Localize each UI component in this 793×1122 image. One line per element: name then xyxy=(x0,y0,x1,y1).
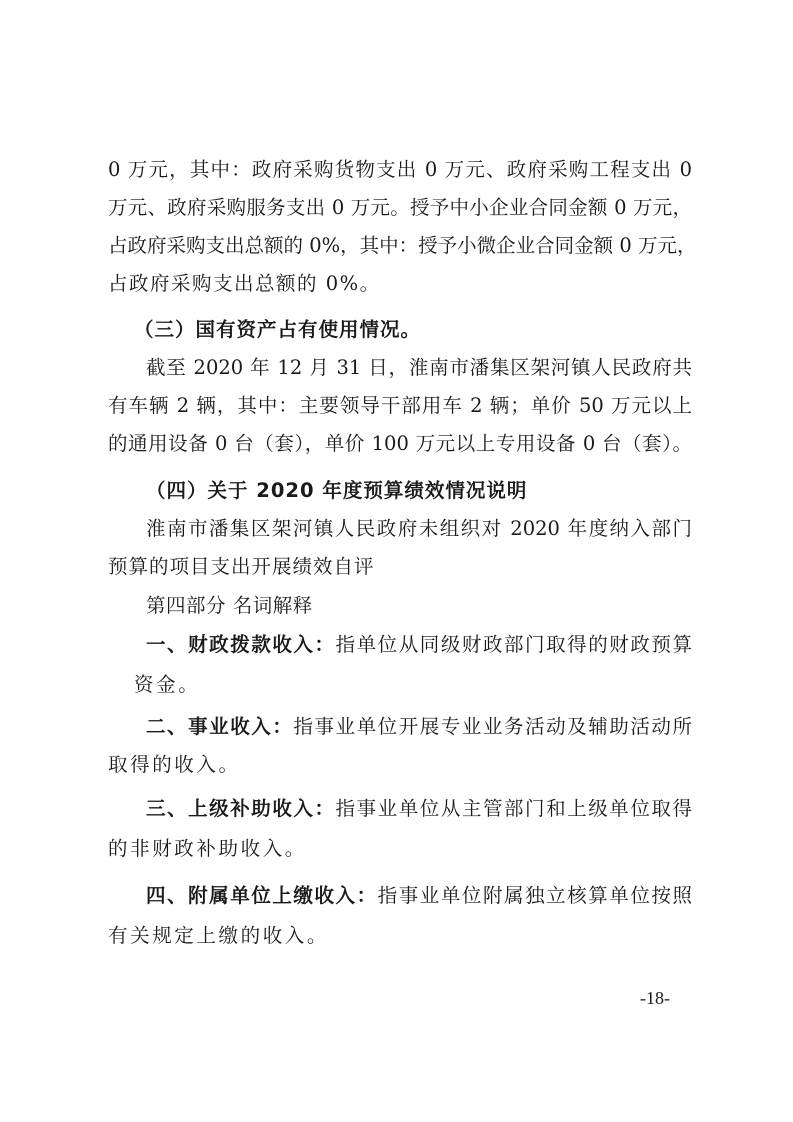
term-definition-line: 的非财政补助收入。 xyxy=(108,837,692,861)
paragraph-line: 淮南市潘集区架河镇人民政府未组织对 2020 年度纳入部门 xyxy=(146,517,692,541)
term-definition-line: 三、上级补助收入：指事业单位从主管部门和上级单位取得 xyxy=(146,797,692,821)
paragraph-line: 0 万元，其中：政府采购货物支出 0 万元、政府采购工程支出 0 xyxy=(108,158,692,182)
term-label: 三、上级补助收入： xyxy=(146,797,336,820)
term-definition-line: 取得的收入。 xyxy=(108,753,692,777)
term-definition-line: 二、事业收入：指事业单位开展专业业务活动及辅助活动所 xyxy=(146,715,692,739)
term-text: 指事业单位开展专业业务活动及辅助活动所 xyxy=(293,715,692,738)
term-label: 二、事业收入： xyxy=(146,715,293,738)
term-label: 一、财政拨款收入： xyxy=(146,633,336,656)
part-heading: 第四部分 名词解释 xyxy=(146,594,692,618)
term-definition-line: 资金。 xyxy=(134,673,718,697)
paragraph-line: 预算的项目支出开展绩效自评 xyxy=(108,555,692,579)
section-heading-performance: （四）关于 2020 年度预算绩效情况说明 xyxy=(146,479,730,503)
term-definition-line: 四、附属单位上缴收入：指事业单位附属独立核算单位按照 xyxy=(146,884,692,908)
term-text: 指事业单位从主管部门和上级单位取得 xyxy=(336,797,692,820)
term-definition-line: 一、财政拨款收入：指单位从同级财政部门取得的财政预算 xyxy=(146,633,692,657)
paragraph-line: 截至 2020 年 12 月 31 日，淮南市潘集区架河镇人民政府共 xyxy=(146,356,692,380)
paragraph-line: 的通用设备 0 台（套），单价 100 万元以上专用设备 0 台（套）。 xyxy=(108,432,692,456)
paragraph-line: 占政府采购支出总额的 0%，其中：授予小微企业合同金额 0 万元， xyxy=(108,234,692,258)
section-heading-assets: （三）国有资产占有使用情况。 xyxy=(134,318,718,342)
term-text: 指事业单位附属独立核算单位按照 xyxy=(378,884,692,907)
term-text: 指单位从同级财政部门取得的财政预算 xyxy=(336,633,692,656)
paragraph-line: 占政府采购支出总额的 0%。 xyxy=(108,272,692,296)
paragraph-line: 万元、政府采购服务支出 0 万元。授予中小企业合同金额 0 万元， xyxy=(108,196,692,220)
page-number: -18- xyxy=(640,988,670,1009)
term-definition-line: 有关规定上缴的收入。 xyxy=(108,924,692,948)
term-label: 四、附属单位上缴收入： xyxy=(146,884,378,907)
paragraph-line: 有车辆 2 辆，其中：主要领导干部用车 2 辆；单价 50 万元以上 xyxy=(108,394,692,418)
